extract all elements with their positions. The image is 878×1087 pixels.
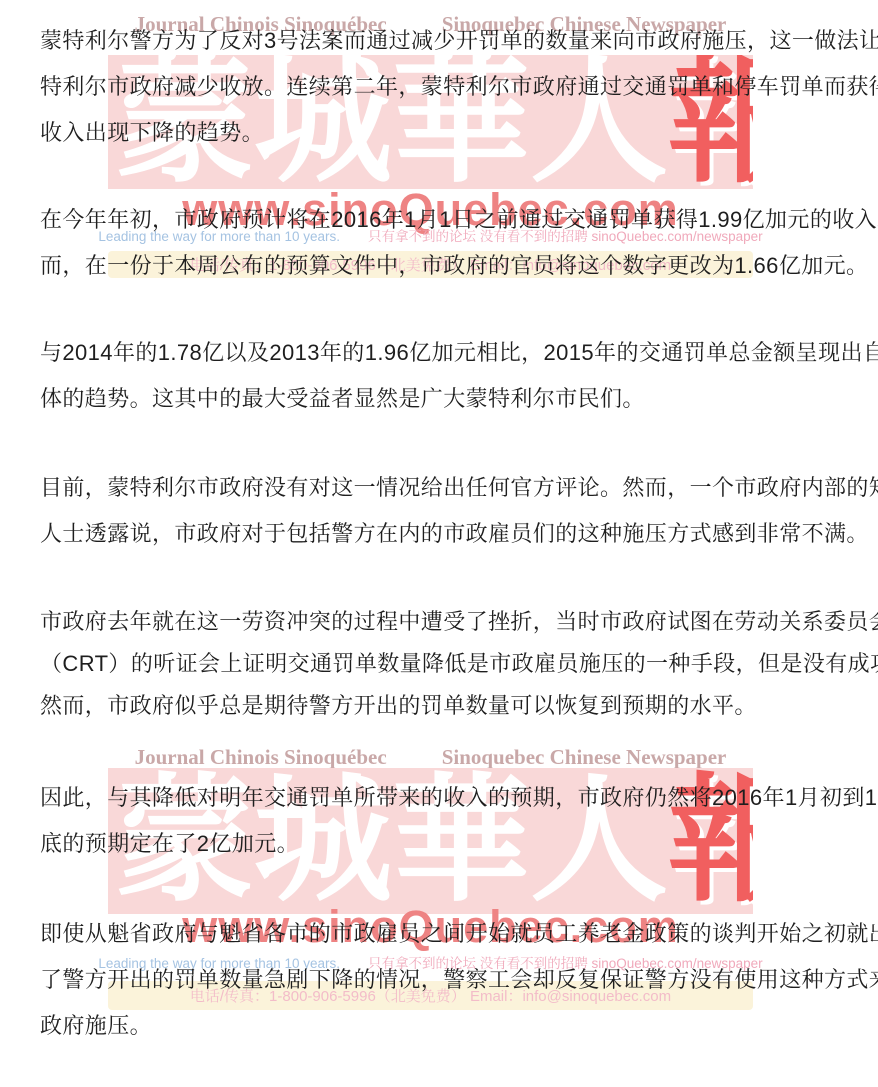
text-line: （CRT）的听证会上证明交通罚单数量降低是市政雇员施压的一种手段，但是没有成功。	[40, 643, 838, 685]
text-line: 而，在一份于本周公布的预算文件中，市政府的官员将这个数字更改为1.66亿加元。	[40, 243, 838, 289]
text-line: 人士透露说，市政府对于包括警方在内的市政雇员们的这种施压方式感到非常不满。	[40, 511, 838, 557]
text-line: 特利尔市政府减少收放。连续第二年，蒙特利尔市政府通过交通罚单和停车罚单而获得的	[40, 64, 838, 110]
text-line: 底的预期定在了2亿加元。	[40, 821, 838, 867]
text-line: 政府施压。	[40, 1003, 838, 1049]
text-line: 然而，市政府似乎总是期待警方开出的罚单数量可以恢复到预期的水平。	[40, 685, 838, 727]
text-line: 因此，与其降低对明年交通罚单所带来的收入的预期，市政府仍然将2016年1月初到1…	[40, 775, 838, 821]
text-line: 在今年年初，市政府预计将在2016年1月1日之前通过交通罚单获得1.99亿加元的…	[40, 197, 838, 243]
paragraph: 市政府去年就在这一劳资冲突的过程中遭受了挫折，当时市政府试图在劳动关系委员会 （…	[40, 601, 838, 727]
paragraph: 在今年年初，市政府预计将在2016年1月1日之前通过交通罚单获得1.99亿加元的…	[40, 197, 838, 289]
text-line: 蒙特利尔警方为了反对3号法案而通过减少开罚单的数量来向市政府施压，这一做法让蒙	[40, 18, 838, 64]
text-line: 了警方开出的罚单数量急剧下降的情况，警察工会却反复保证警方没有使用这种方式来向	[40, 957, 838, 1003]
paragraph: 即使从魁省政府与魁省各市的市政雇员之间开始就员工养老金政策的谈判开始之初就出现 …	[40, 911, 838, 1049]
article-body: 蒙特利尔警方为了反对3号法案而通过减少开罚单的数量来向市政府施压，这一做法让蒙 …	[0, 0, 878, 1087]
paragraph: 因此，与其降低对明年交通罚单所带来的收入的预期，市政府仍然将2016年1月初到1…	[40, 775, 838, 867]
paragraph: 与2014年的1.78亿以及2013年的1.96亿加元相比，2015年的交通罚单…	[40, 330, 838, 422]
article-page: Journal Chinois Sinoquébec Sinoquebec Ch…	[0, 0, 878, 1087]
text-line: 体的趋势。这其中的最大受益者显然是广大蒙特利尔市民们。	[40, 376, 838, 422]
text-line: 与2014年的1.78亿以及2013年的1.96亿加元相比，2015年的交通罚单…	[40, 330, 838, 376]
paragraph: 蒙特利尔警方为了反对3号法案而通过减少开罚单的数量来向市政府施压，这一做法让蒙 …	[40, 18, 838, 156]
text-line: 目前，蒙特利尔市政府没有对这一情况给出任何官方评论。然而，一个市政府内部的知情	[40, 465, 838, 511]
paragraph: 目前，蒙特利尔市政府没有对这一情况给出任何官方评论。然而，一个市政府内部的知情 …	[40, 465, 838, 557]
text-line: 收入出现下降的趋势。	[40, 110, 838, 156]
text-line: 市政府去年就在这一劳资冲突的过程中遭受了挫折，当时市政府试图在劳动关系委员会	[40, 601, 838, 643]
text-line: 即使从魁省政府与魁省各市的市政雇员之间开始就员工养老金政策的谈判开始之初就出现	[40, 911, 838, 957]
